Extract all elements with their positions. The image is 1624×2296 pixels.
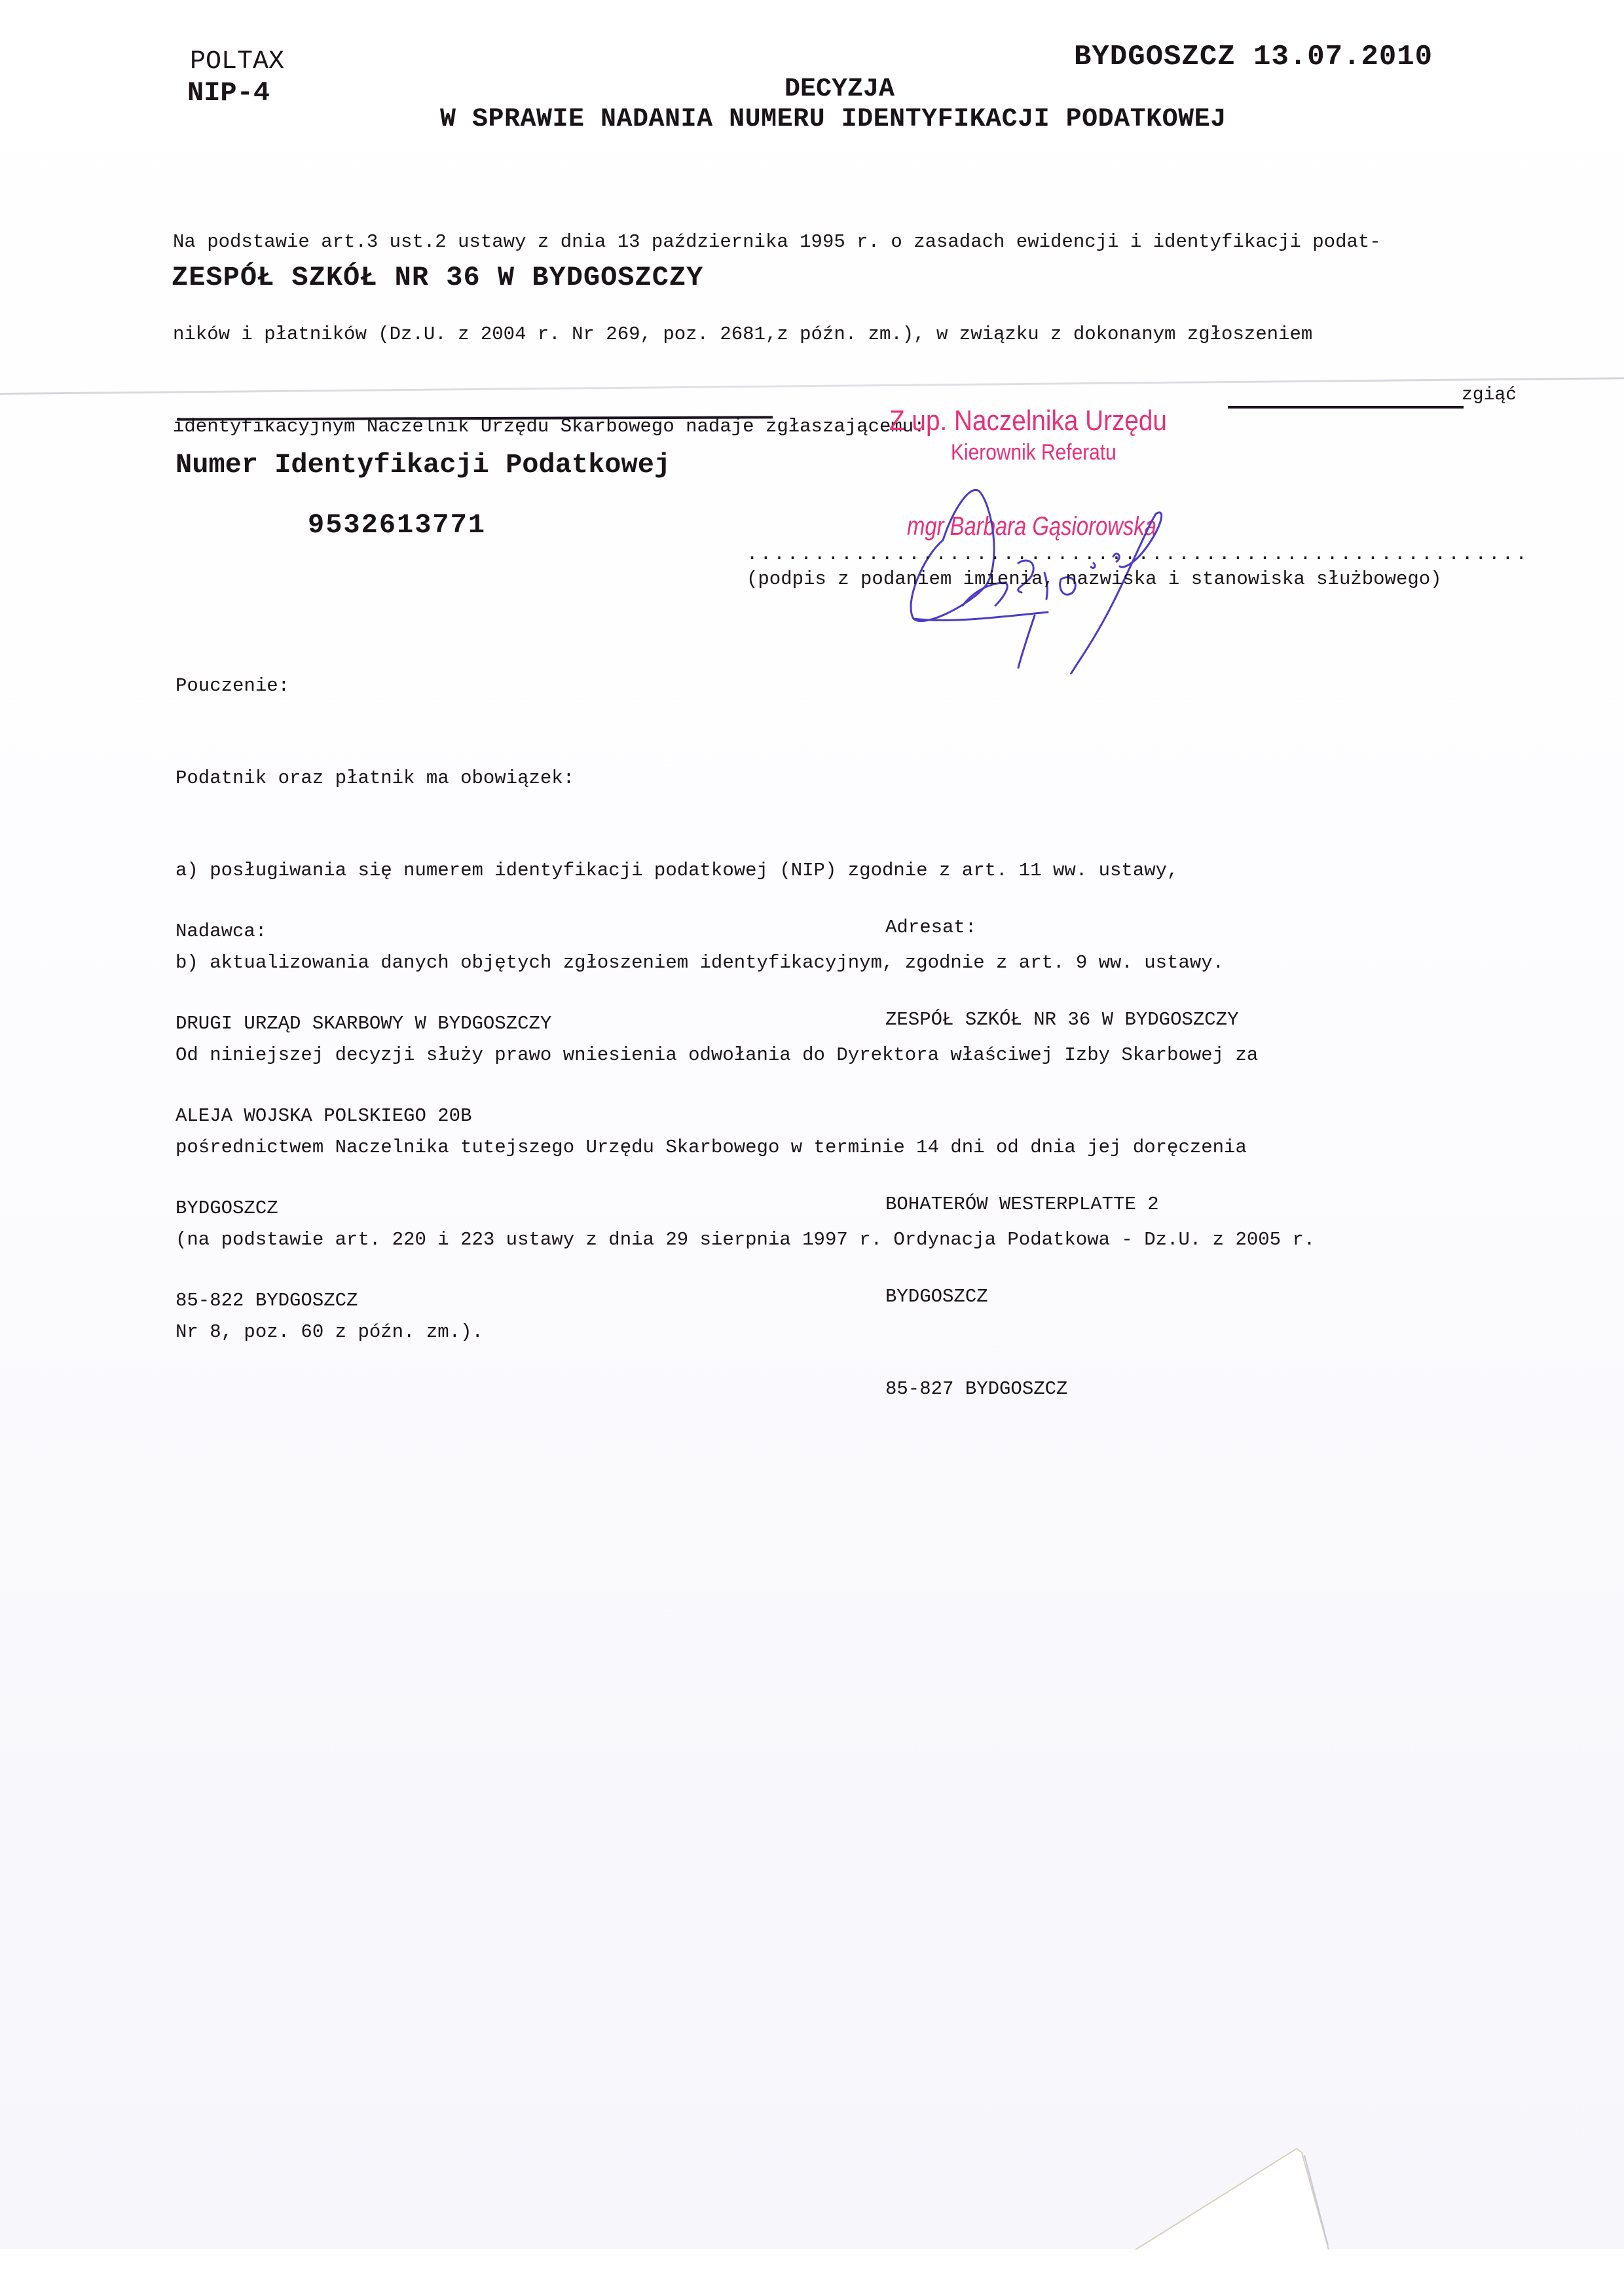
instructions-heading: Pouczenie: bbox=[175, 670, 1315, 701]
sender-block: Nadawca: DRUGI URZĄD SKARBOWY W BYDGOSZC… bbox=[175, 854, 551, 1347]
place-date: BYDGOSZCZ 13.07.2010 bbox=[1074, 41, 1433, 73]
form-system: POLTAX bbox=[190, 47, 284, 77]
stamp-authority: Z up. Naczelnika Urzędu bbox=[889, 405, 1167, 437]
intro-paragraph: Na podstawie art.3 ust.2 ustawy z dnia 1… bbox=[173, 165, 1381, 473]
folded-corner-icon bbox=[1113, 2141, 1624, 2296]
stamp-name: mgr Barbara Gąsiorowska bbox=[907, 512, 1156, 541]
fold-rule bbox=[1228, 406, 1464, 409]
sender-line: ALEJA WOJSKA POLSKIEGO 20B bbox=[175, 1101, 551, 1131]
nip-value: 9532613771 bbox=[308, 509, 486, 541]
stamp-position: Kierownik Referatu bbox=[951, 440, 1116, 465]
signature-dotted-line: ........................................… bbox=[747, 543, 1529, 565]
sender-line: DRUGI URZĄD SKARBOWY W BYDGOSZCZY bbox=[175, 1008, 551, 1039]
intro-line: ników i płatników (Dz.U. z 2004 r. Nr 26… bbox=[173, 319, 1381, 350]
sender-label: Nadawca: bbox=[175, 916, 551, 947]
form-code: NIP-4 bbox=[187, 77, 270, 109]
addressee-line: ZESPÓŁ SZKÓŁ NR 36 W BYDGOSZCZY bbox=[885, 1004, 1239, 1035]
addressee-line: 85-827 BYDGOSZCZ bbox=[885, 1374, 1239, 1404]
sender-line: 85-822 BYDGOSZCZ bbox=[175, 1285, 551, 1316]
signature-caption: (podpis z podaniem imienia, nazwiska i s… bbox=[747, 568, 1442, 590]
document-title: DECYZJA bbox=[784, 75, 895, 104]
fold-label: zgiąć bbox=[1462, 385, 1517, 405]
addressee-block: Adresat: ZESPÓŁ SZKÓŁ NR 36 W BYDGOSZCZY… bbox=[885, 850, 1239, 1435]
nip-label: Numer Identyfikacji Podatkowej bbox=[175, 449, 671, 481]
addressee-line: BYDGOSZCZ bbox=[885, 1281, 1239, 1312]
document-subtitle: W SPRAWIE NADANIA NUMERU IDENTYFIKACJI P… bbox=[440, 105, 1227, 134]
sender-line: BYDGOSZCZ bbox=[175, 1193, 551, 1224]
addressee-line: BOHATERÓW WESTERPLATTE 2 bbox=[885, 1189, 1239, 1220]
recipient-name: ZESPÓŁ SZKÓŁ NR 36 W BYDGOSZCZY bbox=[172, 262, 703, 293]
addressee-line bbox=[885, 1097, 1239, 1127]
intro-line: Na podstawie art.3 ust.2 ustawy z dnia 1… bbox=[173, 227, 1381, 257]
intro-line: identyfikacyjnym Naczelnik Urzędu Skarbo… bbox=[173, 411, 1381, 442]
instructions-line: Podatnik oraz płatnik ma obowiązek: bbox=[175, 763, 1315, 793]
addressee-label: Adresat: bbox=[885, 912, 1239, 943]
